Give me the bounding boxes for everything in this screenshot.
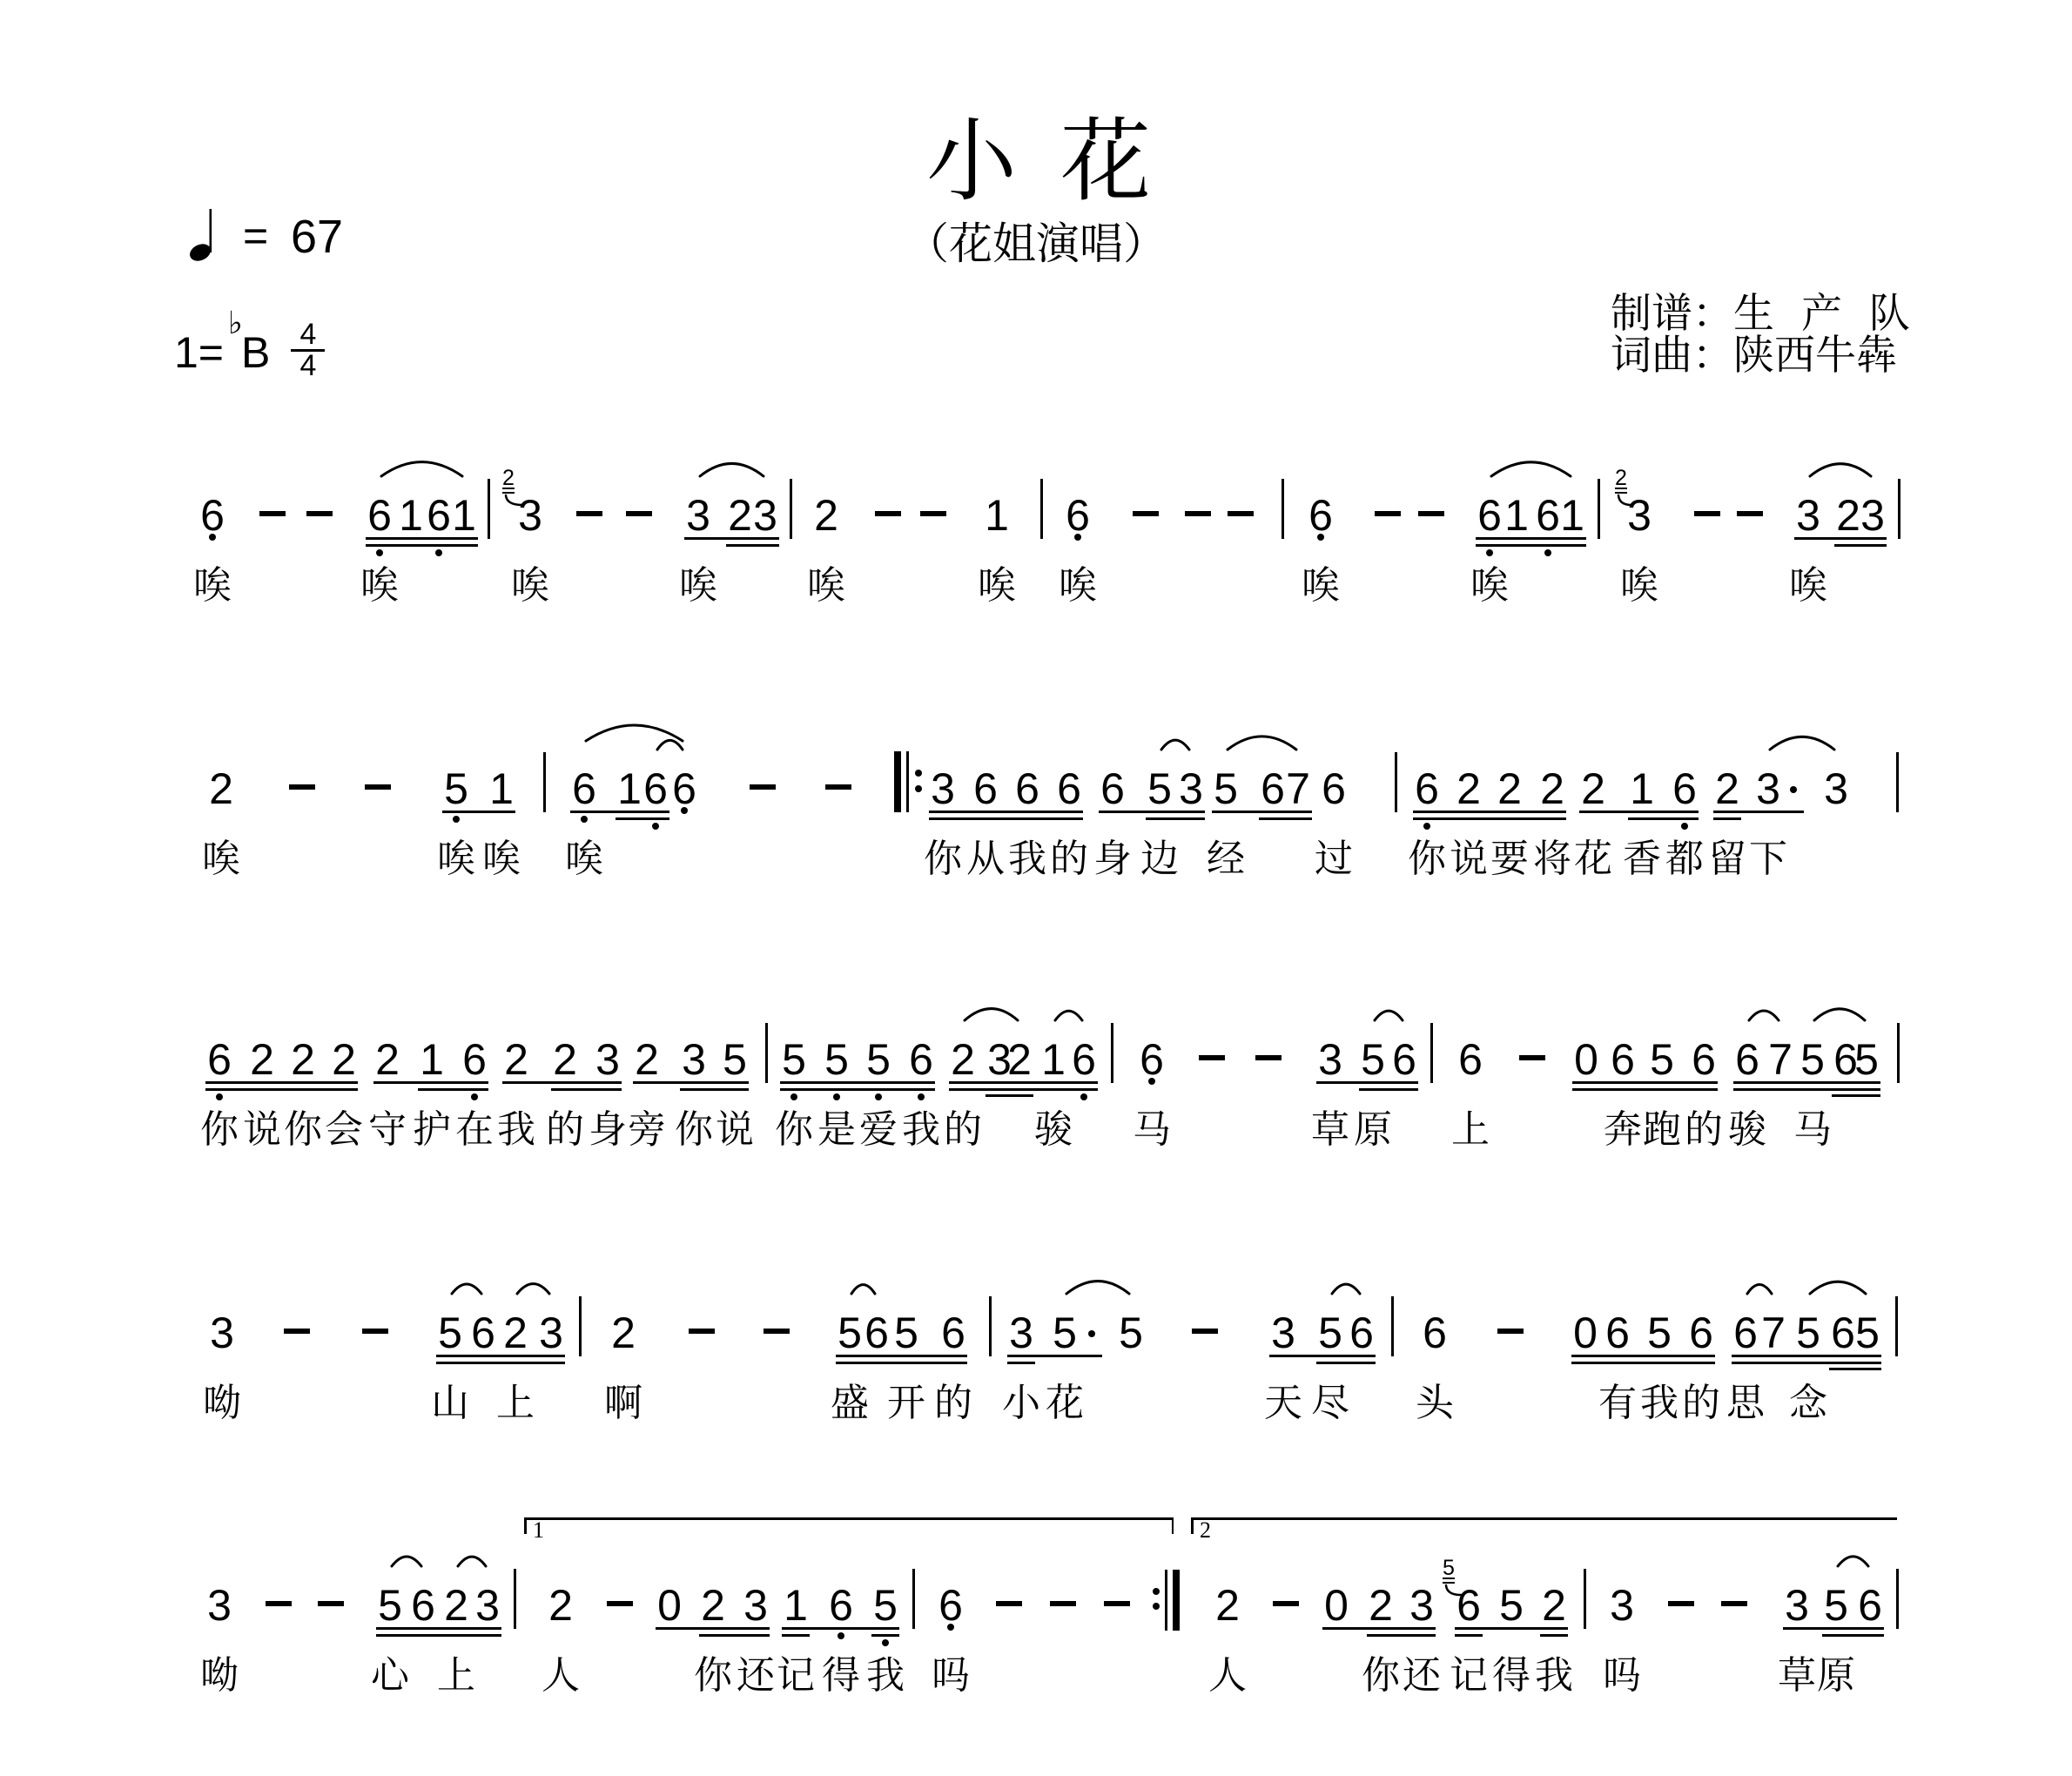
note-digit: 2	[1535, 767, 1570, 811]
note-digit: 6	[567, 767, 602, 811]
slur	[965, 1009, 1018, 1020]
note-digit: 3	[738, 1584, 773, 1627]
lyric-syllable: 我	[900, 1111, 942, 1149]
volta-bracket	[524, 1517, 1174, 1520]
credit-value: 生 产 队	[1733, 290, 1910, 338]
note-digit: 2	[326, 1038, 361, 1081]
lyric-syllable: 身	[1092, 840, 1134, 878]
note-digit: 6	[1417, 1311, 1452, 1355]
lyric-syllable: 旁	[626, 1111, 668, 1149]
slur	[586, 725, 683, 741]
slur	[657, 740, 683, 750]
repeat-dot	[1153, 1603, 1160, 1610]
barline	[1895, 1296, 1898, 1356]
note-digit: 5	[819, 1038, 854, 1081]
duration-underline	[780, 1088, 935, 1091]
lyric-syllable: 呦	[201, 1384, 243, 1423]
slur	[1228, 737, 1296, 750]
repeat-dot	[915, 770, 922, 777]
lyric-syllable: 唉	[481, 840, 522, 878]
octave-dot-below	[838, 1632, 844, 1639]
note-digit: 1	[979, 494, 1014, 537]
note-digit: 6	[1303, 494, 1338, 537]
note-digit: 6	[936, 1311, 971, 1355]
barline	[912, 1569, 915, 1629]
lyric-syllable: 说	[714, 1111, 756, 1149]
duration-underline	[570, 811, 669, 813]
duration-underline	[1476, 537, 1586, 540]
lyric-syllable: 说	[1448, 840, 1490, 878]
slur	[851, 1285, 875, 1294]
octave-dot-below	[1423, 823, 1430, 830]
octave-dot-below	[1074, 534, 1081, 541]
lyric-syllable: 小	[1000, 1384, 1042, 1423]
augmentation-dot	[1088, 1330, 1095, 1337]
duration-underline	[1733, 1081, 1880, 1084]
note-digit: 1	[1555, 494, 1590, 537]
lyric-syllable: 守	[367, 1111, 408, 1149]
note-digit: 6	[1052, 767, 1086, 811]
note-digit: 1	[778, 1584, 813, 1627]
lyric-syllable: 的	[1683, 1111, 1725, 1149]
duration-underline	[205, 1088, 358, 1091]
barline	[1598, 479, 1600, 539]
lyric-syllable: 呦	[198, 1657, 240, 1695]
lyric-syllable: 有	[1597, 1384, 1638, 1423]
octave-dot-below	[435, 549, 442, 556]
note-digit: 5	[1356, 1038, 1390, 1081]
extension-dash	[362, 1329, 388, 1334]
duration-underline	[1007, 1362, 1035, 1364]
extension-dash	[1050, 1601, 1076, 1606]
duration-underline	[1713, 817, 1741, 820]
volta-bracket	[1191, 1517, 1897, 1520]
note-digit: 3	[748, 494, 783, 537]
extension-dash	[1228, 511, 1254, 516]
duration-underline	[1322, 1627, 1436, 1630]
barline	[1282, 479, 1284, 539]
extension-dash	[1104, 1601, 1130, 1606]
barline	[543, 752, 546, 812]
note-digit: 5	[1850, 1311, 1885, 1355]
duration-underline	[1832, 1094, 1880, 1097]
note-digit: 5	[373, 1584, 407, 1627]
note-digit: 3	[205, 1311, 239, 1355]
extension-dash	[607, 1601, 633, 1606]
note-digit: 6	[1316, 767, 1351, 811]
note-digit: 7	[1281, 767, 1315, 811]
lyric-syllable: 开	[885, 1384, 927, 1423]
note-digit: 3	[1622, 494, 1657, 537]
lyric-syllable: 唉	[1057, 567, 1099, 605]
slur	[1332, 1284, 1360, 1294]
duration-underline	[1571, 1355, 1715, 1357]
note-digit: 6	[1684, 1311, 1719, 1355]
duration-underline	[1316, 1362, 1376, 1364]
duration-underline	[1732, 1362, 1881, 1364]
duration-underline	[616, 817, 669, 820]
note-digit: 2	[1363, 1584, 1398, 1627]
note-digit: 5	[1819, 1584, 1853, 1627]
duration-underline	[1413, 811, 1566, 813]
note-digit: 6	[406, 1584, 441, 1627]
lyric-syllable: 下	[1747, 840, 1789, 878]
note-digit: 2	[548, 1038, 582, 1081]
slur	[458, 1557, 486, 1566]
note-digit: 6	[1667, 767, 1702, 811]
grace-underline	[1615, 488, 1627, 489]
octave-dot-below	[471, 1093, 478, 1100]
lyric-syllable: 天	[1262, 1384, 1304, 1423]
slur	[1810, 1282, 1866, 1294]
note-digit: 2	[1492, 767, 1527, 811]
lyric-syllable: 你	[198, 1111, 240, 1149]
octave-dot-below	[1681, 823, 1688, 830]
lyric-syllable: 说	[241, 1111, 283, 1149]
note-digit: 3	[681, 494, 716, 537]
note-digit: 3	[202, 1584, 237, 1627]
repeat-start-thin-bar	[906, 751, 909, 812]
rest-note: 0	[1319, 1584, 1354, 1627]
grace-note: 2	[500, 468, 517, 489]
duration-underline	[780, 1081, 935, 1084]
octave-dot-below	[1317, 534, 1324, 541]
note-digit: 2	[370, 1038, 405, 1081]
lyric-syllable: 心	[369, 1657, 411, 1695]
extension-dash	[1375, 511, 1401, 516]
lyric-syllable: 头	[1414, 1384, 1456, 1423]
note-digit: 5	[777, 1038, 811, 1081]
slur	[1491, 462, 1571, 476]
extension-dash	[1192, 1329, 1218, 1334]
slur	[1749, 1011, 1779, 1020]
note-digit: 2	[1451, 767, 1486, 811]
lyric-syllable: 马	[1792, 1111, 1833, 1149]
lyric-syllable: 得	[820, 1657, 862, 1695]
lyric-syllable: 你	[773, 1111, 815, 1149]
tempo-equals: =	[243, 214, 268, 258]
note-digit: 5	[1113, 1311, 1148, 1355]
barline	[1896, 1569, 1899, 1629]
note-digit: 3	[1313, 1038, 1348, 1081]
extension-dash	[365, 784, 391, 790]
extension-dash	[626, 511, 652, 516]
lyric-syllable: 身	[587, 1111, 629, 1149]
duration-underline	[726, 544, 779, 547]
note-digit: 6	[362, 494, 397, 537]
octave-dot-below	[875, 1093, 882, 1100]
duration-underline	[929, 817, 1083, 820]
note-digit: 5	[1645, 1038, 1679, 1081]
note-digit: 6	[1387, 1038, 1422, 1081]
lyric-syllable: 我	[1006, 840, 1048, 878]
lyric-syllable: 唉	[1618, 567, 1660, 605]
extension-dash	[1418, 511, 1444, 516]
lyric-syllable: 唉	[563, 840, 605, 878]
lyric-syllable: 我	[1638, 1384, 1680, 1423]
lyric-syllable: 你	[922, 840, 964, 878]
extension-dash	[920, 511, 946, 516]
note-digit: 3	[1266, 1311, 1301, 1355]
barline	[579, 1296, 582, 1356]
lyric-syllable: 从	[965, 840, 1006, 878]
note-digit: 5	[1047, 1311, 1082, 1355]
note-digit: 5	[1642, 1311, 1677, 1355]
lyric-syllable: 在	[454, 1111, 495, 1149]
lyric-syllable: 跑	[1641, 1111, 1683, 1149]
duration-underline	[1476, 544, 1586, 547]
note-digit: 5	[717, 1038, 752, 1081]
duration-underline	[1628, 817, 1699, 820]
duration-underline	[986, 1094, 1033, 1097]
note-digit: 6	[1730, 1038, 1765, 1081]
extension-dash	[1199, 1055, 1225, 1060]
lyric-syllable: 要	[1489, 840, 1530, 878]
lyric-syllable: 马	[1131, 1111, 1173, 1149]
octave-dot-below	[1080, 1093, 1087, 1100]
lyric-syllable: 的	[1048, 840, 1090, 878]
lyric-syllable: 记	[1448, 1657, 1490, 1695]
lyric-syllable: 思	[1725, 1384, 1766, 1423]
lyric-syllable: 唉	[200, 840, 242, 878]
duration-underline	[1146, 817, 1205, 820]
lyric-syllable: 骏	[1033, 1111, 1074, 1149]
duration-underline	[1540, 1634, 1568, 1637]
lyric-syllable: 人	[540, 1657, 582, 1695]
repeat-dot	[1153, 1588, 1160, 1595]
note-digit: 6	[1066, 1038, 1101, 1081]
note-digit: 6	[1060, 494, 1095, 537]
note-digit: 2	[286, 1038, 320, 1081]
quarter-note-icon	[183, 205, 218, 266]
rest-note: 0	[1569, 1038, 1604, 1081]
lyric-syllable: 尽	[1309, 1384, 1351, 1423]
note-digit: 3	[513, 494, 548, 537]
note-digit: 2	[945, 1038, 980, 1081]
duration-underline	[366, 544, 478, 547]
note-digit: 1	[447, 494, 481, 537]
duration-underline	[1099, 811, 1205, 813]
note-digit: 6	[968, 767, 1003, 811]
note-digit: 6	[195, 494, 230, 537]
lyric-syllable: 的	[1680, 1384, 1722, 1423]
duration-underline	[1794, 537, 1887, 540]
note-digit: 5	[1208, 767, 1243, 811]
barline	[1430, 1023, 1433, 1083]
note-digit: 5	[1313, 1311, 1348, 1355]
octave-dot-below	[918, 1093, 925, 1100]
lyric-syllable: 奔	[1602, 1111, 1644, 1149]
credit-value: 陕西牛犇	[1733, 332, 1897, 380]
note-digit: 3	[676, 1038, 711, 1081]
lyric-syllable: 原	[1815, 1657, 1857, 1695]
note-digit: 6	[1686, 1038, 1721, 1081]
duration-underline	[782, 1634, 810, 1637]
duration-underline	[1359, 1088, 1418, 1091]
note-digit: 6	[1134, 1038, 1169, 1081]
note-digit: 2	[1002, 1038, 1037, 1081]
slur	[1810, 464, 1871, 476]
lyric-syllable: 唉	[677, 567, 719, 605]
note-digit: 6	[1453, 1038, 1488, 1081]
slur	[700, 463, 764, 476]
duration-underline	[1367, 1634, 1436, 1637]
lyric-syllable: 还	[1401, 1657, 1443, 1695]
note-digit: 1	[484, 767, 519, 811]
lyric-syllable: 骏	[1726, 1111, 1768, 1149]
rest-note: 0	[1568, 1311, 1603, 1355]
barline	[1896, 752, 1899, 812]
extension-dash	[1185, 511, 1211, 516]
lyric-syllable: 我	[495, 1111, 537, 1149]
duration-underline	[436, 1355, 565, 1357]
note-digit: 3	[1819, 767, 1853, 811]
note-digit: 2	[1537, 1584, 1571, 1627]
note-digit: 6	[1605, 1038, 1640, 1081]
credit-label: 词曲：	[1611, 332, 1733, 380]
note-digit: 2	[1710, 767, 1745, 811]
extension-dash	[318, 1601, 344, 1606]
tempo-bpm: 67	[291, 213, 343, 260]
duration-underline	[1783, 1627, 1884, 1630]
note-digit: 2	[1576, 767, 1611, 811]
repeat-start-thick-bar	[894, 751, 901, 812]
barline	[1395, 752, 1397, 812]
lyric-syllable: 花	[1572, 840, 1614, 878]
note-digit: 2	[629, 1038, 664, 1081]
duration-underline	[836, 1355, 967, 1357]
note-digit: 6	[1095, 767, 1130, 811]
lyric-syllable: 香	[1621, 840, 1663, 878]
lyric-syllable: 盛	[829, 1384, 871, 1423]
slur	[1838, 1557, 1868, 1566]
lyric-syllable: 你	[282, 1111, 324, 1149]
extension-dash	[289, 784, 315, 790]
duration-underline	[684, 537, 779, 540]
note-digit: 5	[861, 1038, 896, 1081]
octave-dot-below	[882, 1639, 889, 1646]
lyric-syllable: 经	[1205, 840, 1247, 878]
volta-label: 2	[1200, 1519, 1211, 1542]
duration-underline	[1572, 1081, 1718, 1084]
note-digit: 2	[1210, 1584, 1245, 1627]
lyric-syllable: 你	[1360, 1657, 1402, 1695]
barline	[1040, 479, 1043, 539]
duration-underline	[633, 1081, 749, 1084]
credit-arranger: 制谱：生 产 队	[1611, 293, 1910, 334]
extension-dash	[259, 511, 286, 516]
octave-dot-below	[209, 534, 216, 541]
lyric-syllable: 原	[1352, 1111, 1394, 1149]
note-digit: 5	[868, 1584, 903, 1627]
octave-dot-below	[453, 816, 460, 823]
augmentation-dot	[1790, 786, 1797, 793]
note-digit: 3	[1791, 494, 1826, 537]
note-digit: 2	[245, 1038, 279, 1081]
duration-underline	[366, 537, 478, 540]
time-signature-numerator: 4	[293, 320, 324, 349]
extension-dash	[1721, 1601, 1747, 1606]
note-digit: 2	[696, 1584, 730, 1627]
extension-dash	[1519, 1055, 1545, 1060]
repeat-end-thick-bar	[1173, 1570, 1180, 1631]
lyric-syllable: 唉	[805, 567, 847, 605]
lyric-syllable: 念	[1787, 1384, 1829, 1423]
extension-dash	[266, 1601, 292, 1606]
extension-dash	[750, 784, 776, 790]
extension-dash	[1668, 1601, 1694, 1606]
note-digit: 6	[466, 1311, 501, 1355]
note-digit: 6	[457, 1038, 492, 1081]
extension-dash	[1737, 511, 1763, 516]
volta-label: 1	[533, 1519, 544, 1542]
note-digit: 3	[534, 1311, 568, 1355]
lyric-syllable: 吗	[1601, 1657, 1643, 1695]
duration-underline	[1212, 811, 1312, 813]
lyric-syllable: 上	[1450, 1111, 1491, 1149]
duration-underline	[929, 811, 1083, 813]
lyric-syllable: 我	[864, 1657, 906, 1695]
note-digit: 2	[439, 1584, 474, 1627]
slur	[1066, 1282, 1129, 1294]
duration-underline	[1834, 544, 1887, 547]
duration-underline	[1413, 817, 1566, 820]
lyric-syllable: 唉	[1469, 567, 1510, 605]
note-digit: 5	[1849, 1038, 1884, 1081]
duration-underline	[1732, 1355, 1881, 1357]
duration-underline	[373, 1081, 488, 1084]
credit-composer: 词曲：陕西牛犇	[1611, 335, 1897, 376]
slur	[381, 462, 462, 476]
octave-dot-below	[1486, 549, 1493, 556]
duration-underline	[442, 811, 515, 813]
note-digit: 5	[1791, 1311, 1826, 1355]
volta-bracket-tick	[1172, 1517, 1174, 1534]
lyric-syllable: 唉	[509, 567, 551, 605]
note-digit: 2	[809, 494, 844, 537]
duration-underline	[1579, 811, 1699, 813]
duration-underline	[1269, 1355, 1376, 1357]
note-digit: 7	[1763, 1038, 1798, 1081]
slur	[1055, 1011, 1082, 1020]
lyric-syllable: 过	[1313, 840, 1355, 878]
performer-subtitle: （花姐演唱）	[905, 222, 1167, 266]
duration-underline	[871, 1634, 899, 1637]
lyric-syllable: 吗	[930, 1657, 972, 1695]
key-prefix: 1=	[174, 331, 224, 374]
octave-dot-below	[652, 823, 659, 830]
lyric-syllable: 你	[1406, 840, 1448, 878]
lyric-syllable: 上	[435, 1657, 477, 1695]
lyric-syllable: 唉	[976, 567, 1018, 605]
note-digit: 6	[1451, 1584, 1486, 1627]
grace-note: 2	[1612, 468, 1630, 489]
barline	[765, 1023, 768, 1083]
note-digit: 6	[1853, 1584, 1887, 1627]
lyric-syllable: 你	[673, 1111, 715, 1149]
lyric-syllable: 草	[1776, 1657, 1818, 1695]
note-digit: 3	[1004, 1311, 1039, 1355]
extension-dash	[875, 511, 901, 516]
extension-dash	[284, 1329, 310, 1334]
lyric-syllable: 记	[775, 1657, 817, 1695]
note-digit: 3	[1855, 494, 1890, 537]
repeat-end-thin-bar	[1165, 1570, 1167, 1631]
octave-dot-below	[681, 807, 688, 814]
extension-dash	[996, 1601, 1022, 1606]
note-digit: 5	[433, 1311, 468, 1355]
octave-dot-below	[581, 816, 588, 823]
